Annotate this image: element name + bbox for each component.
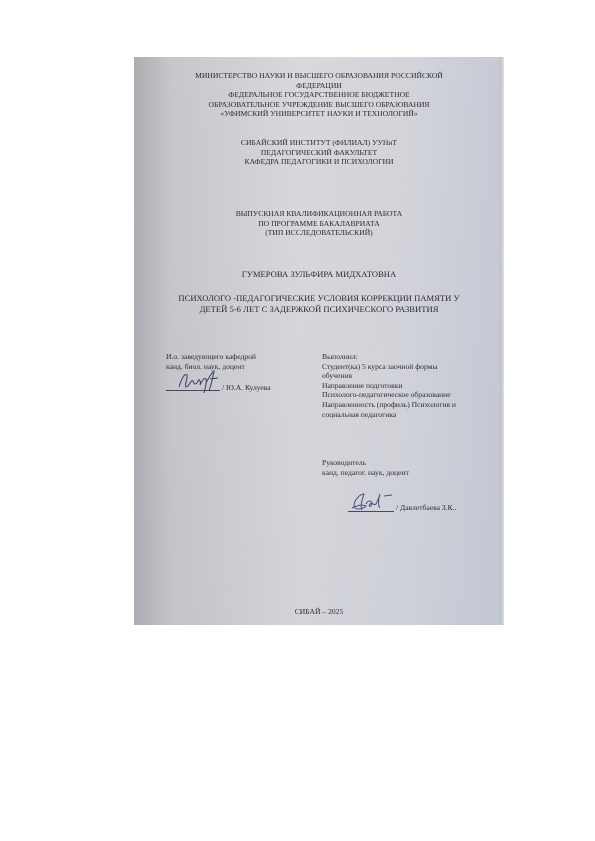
performer-info: Выполнил: Студент(ка) 5 курса заочной фо… [322, 352, 492, 419]
institute-header: СИБАЙСКИЙ ИНСТИТУТ (ФИЛИАЛ) УУНиТ ПЕДАГО… [134, 138, 504, 167]
head-signature-name: / Ю.А. Кулуева [222, 383, 271, 393]
signature-icon [348, 490, 398, 514]
supervisor-signature-name: / Давлетбаева З.К.. [396, 503, 456, 513]
supervisor-info: Руководитель канд. педагог. наук, доцент [322, 458, 492, 477]
work-type: ВЫПУСКНАЯ КВАЛИФИКАЦИОННАЯ РАБОТА ПО ПРО… [134, 209, 504, 238]
thesis-title: ПСИХОЛОГО -ПЕДАГОГИЧЕСКИЕ УСЛОВИЯ КОРРЕК… [134, 293, 504, 315]
author-name: ГУМЕРОВА ЗУЛЬФИРА МИДХАТОВНА [134, 269, 504, 280]
signature-icon [176, 369, 226, 395]
footer-city-year: СИБАЙ – 2025 [134, 607, 504, 617]
document-photo: МИНИСТЕРСТВО НАУКИ И ВЫСШЕГО ОБРАЗОВАНИЯ… [134, 57, 504, 625]
ministry-header: МИНИСТЕРСТВО НАУКИ И ВЫСШЕГО ОБРАЗОВАНИЯ… [134, 71, 504, 119]
